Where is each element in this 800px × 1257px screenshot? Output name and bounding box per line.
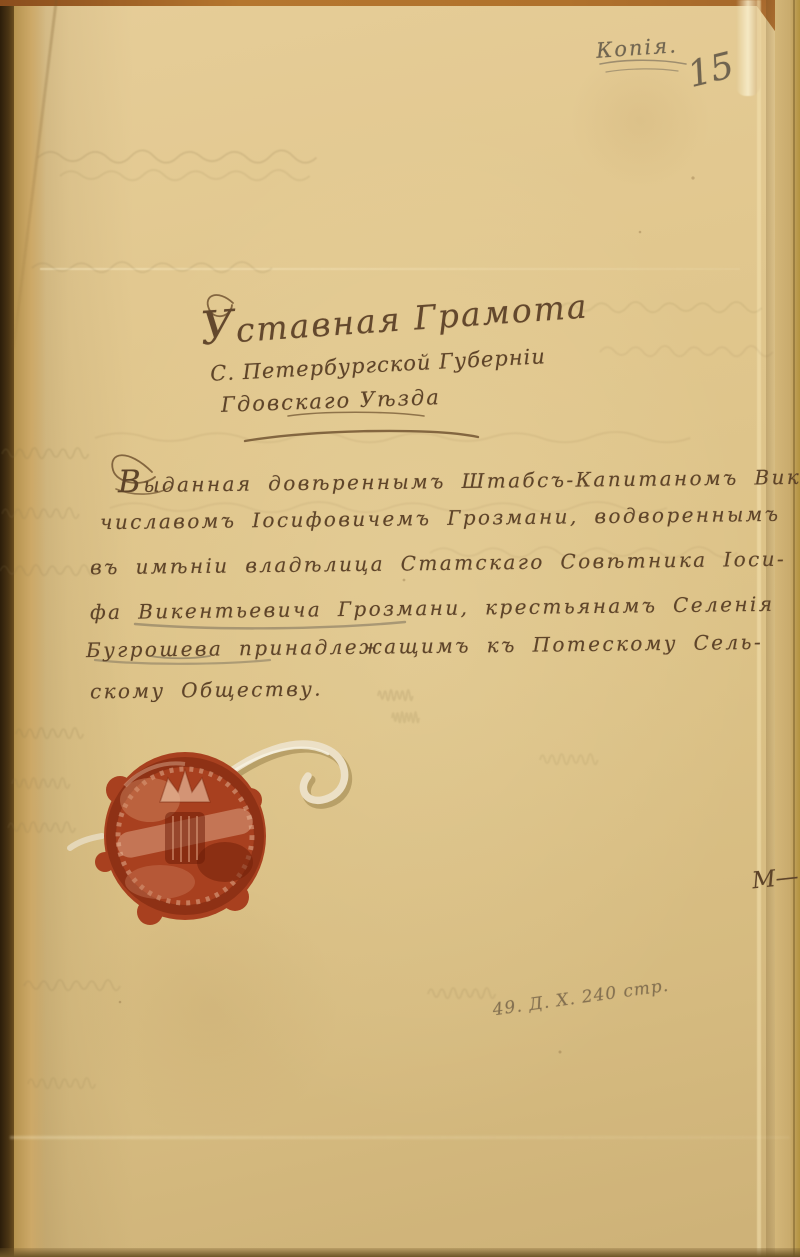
page-right-edge-highlight — [757, 0, 761, 1257]
binding-edge — [0, 6, 14, 1257]
margin-mark: М— — [751, 864, 800, 895]
underlying-page-edge-line — [793, 0, 795, 1257]
fold-crease-horizontal-lower — [10, 1136, 790, 1139]
cord-highlight — [208, 748, 328, 790]
cord-shadow — [208, 748, 348, 804]
fold-crease-horizontal-upper — [40, 268, 740, 270]
cord-icon — [205, 744, 345, 800]
backdrop-top-edge — [0, 0, 800, 6]
document-title-line3: Гдовскаго Уѣзда — [221, 385, 442, 417]
body-line-3: въ имѣніи владѣлица Статскаго Совѣтника … — [90, 547, 786, 580]
copy-label: Копія. — [595, 33, 678, 63]
document-title-line1: Уставная Грамота — [199, 275, 590, 356]
body-line-2: числавомъ Іосифовичемъ Грозмани, водворе… — [100, 502, 781, 534]
body-line-5: Бугрошева принадлежащимъ къ Потескому Се… — [86, 630, 763, 662]
page-number: 15 — [684, 45, 738, 96]
title-swash-underline — [245, 431, 478, 441]
archival-pencil-note: 49. Д. Х. 240 стр. — [491, 976, 670, 1021]
body-line-4: фа Викентьевича Грозмани, крестьянамъ Се… — [90, 592, 775, 624]
page-bottom-edge — [0, 1248, 800, 1257]
copy-label-underline-2 — [606, 69, 678, 72]
document-photo: Копія. 15 Уставная Грамота С. Петербургс… — [0, 0, 800, 1257]
body-line-6: скому Обществу. — [90, 677, 323, 704]
underlying-page-edge — [775, 0, 800, 1257]
body-line-1: Выданная довѣреннымъ Штабсъ-Капитаномъ В… — [118, 456, 800, 500]
page-right-edge-shadow — [766, 0, 775, 1257]
